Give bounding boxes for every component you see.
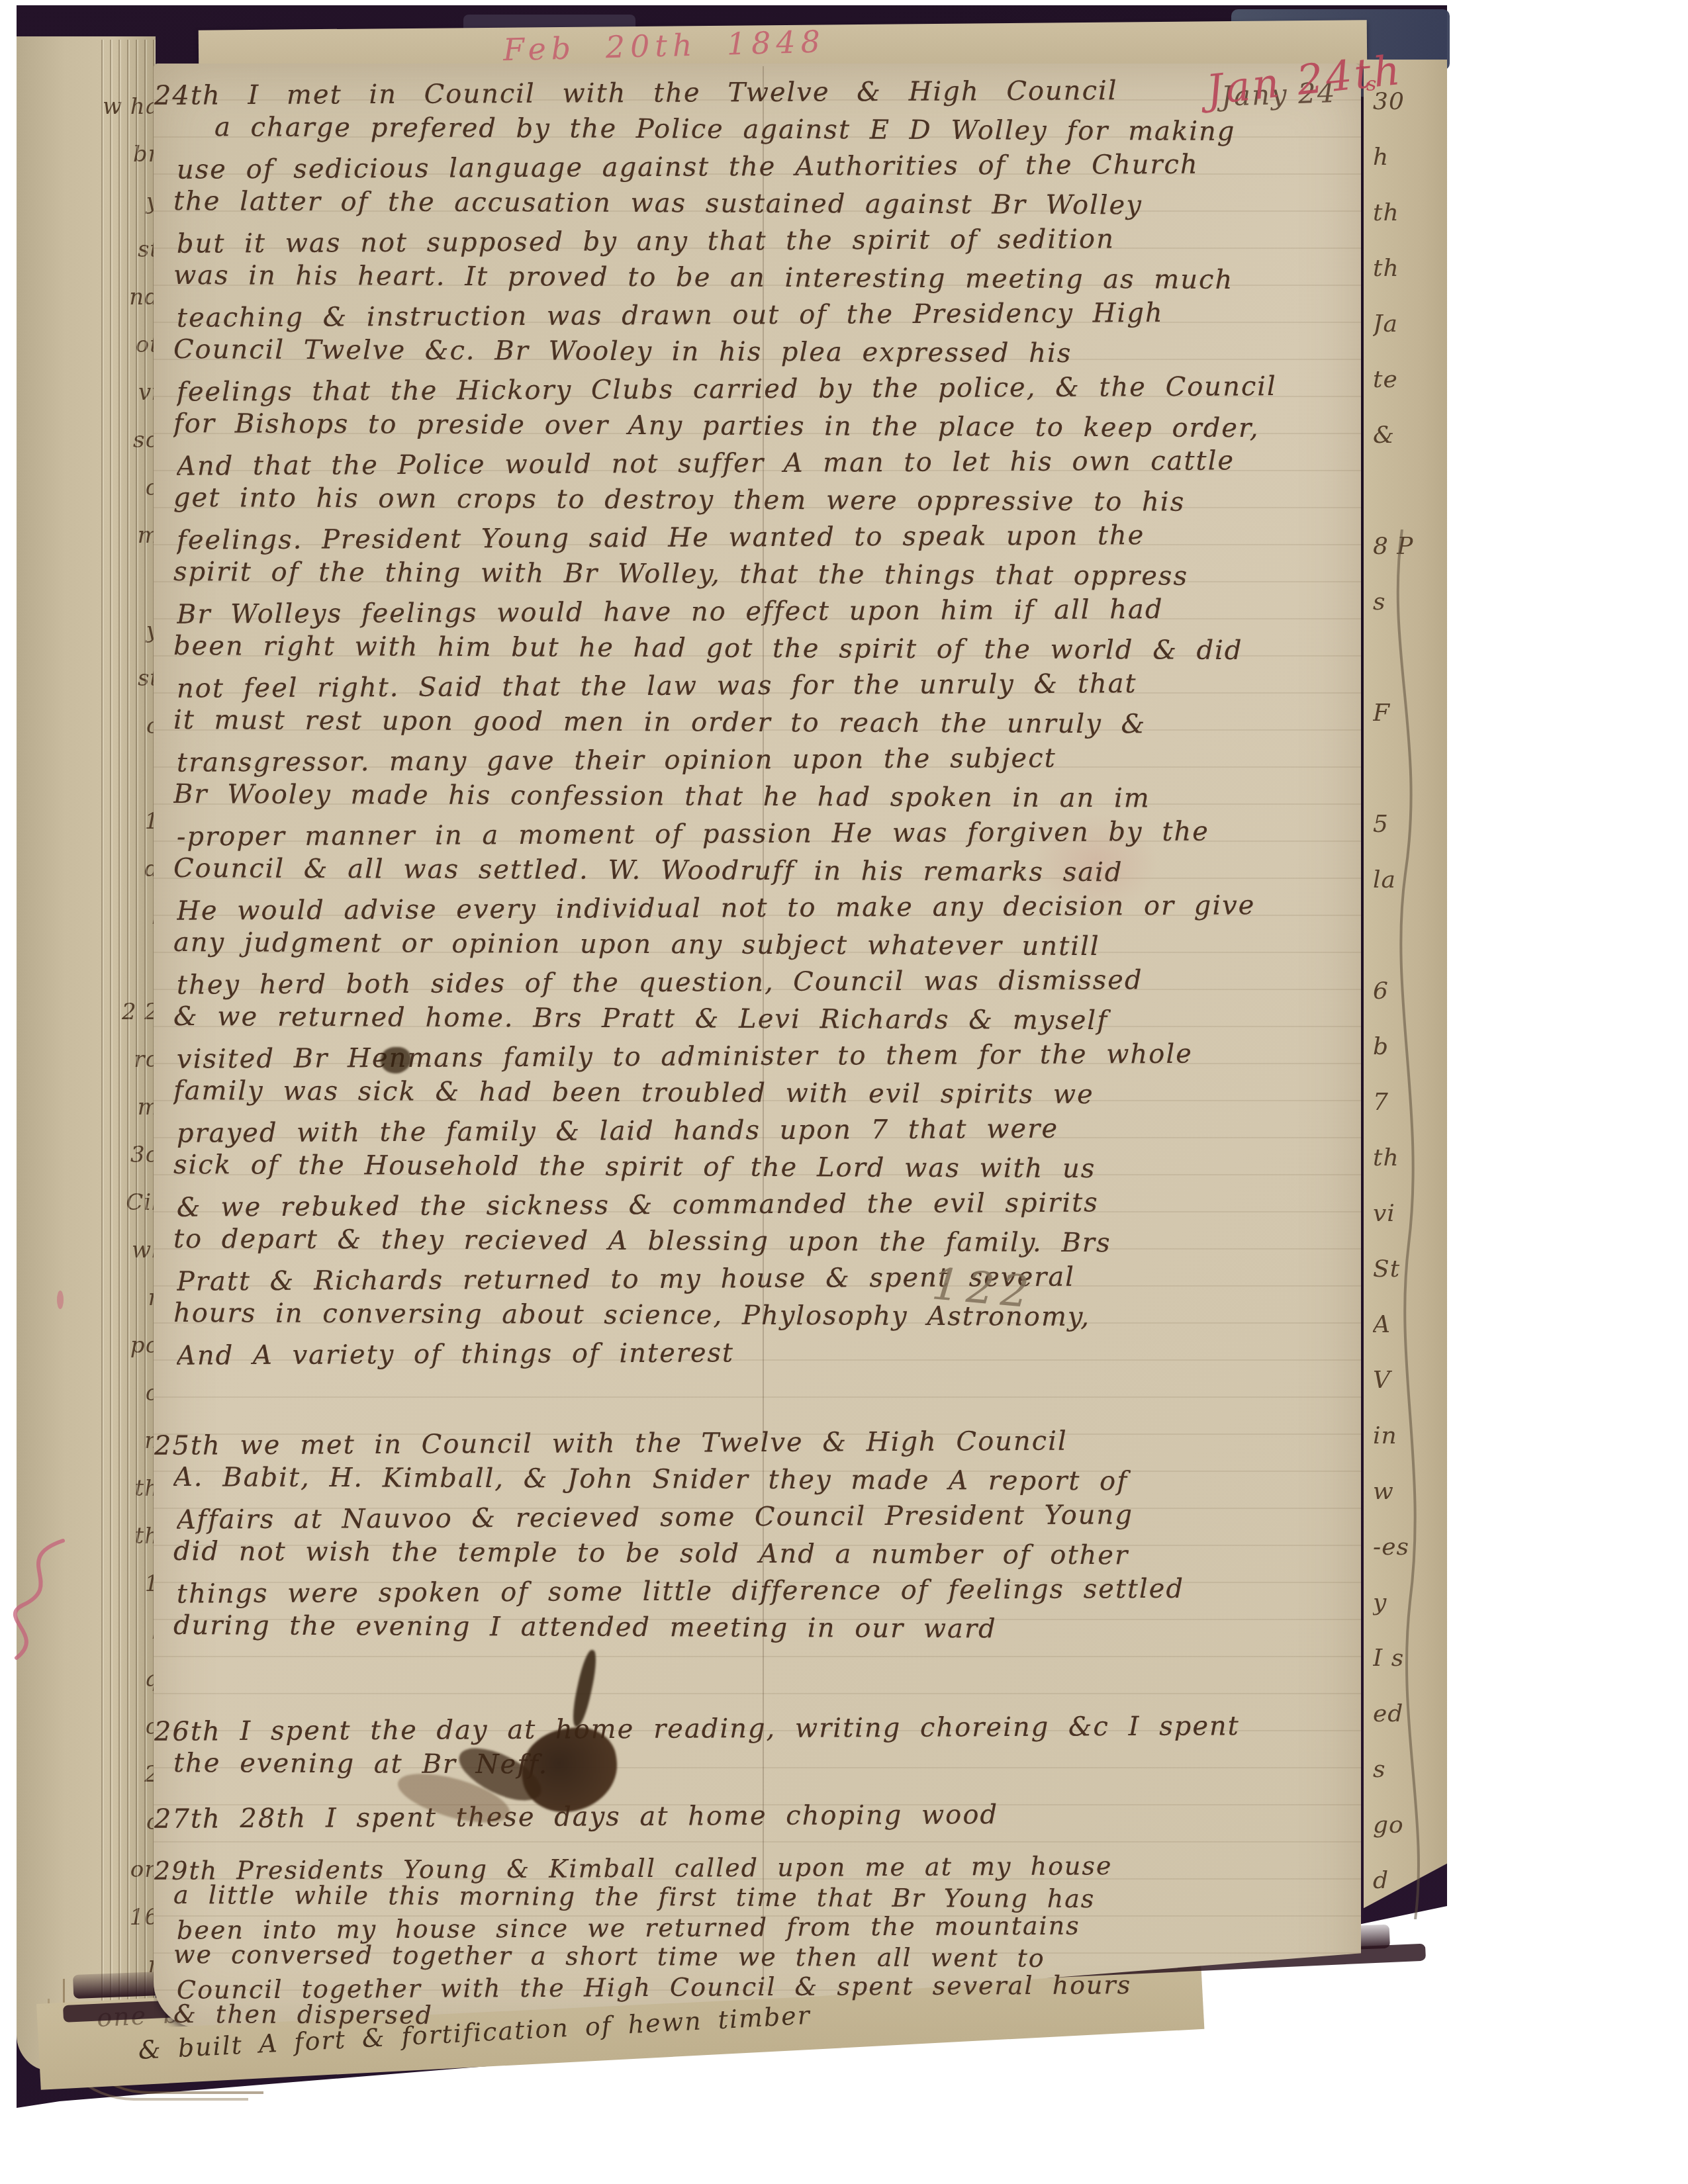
ink-blot bbox=[569, 1649, 600, 1728]
scanned-journal-page: w habrystndotvisoomystc1dl2 2rom3oCilwlr… bbox=[0, 0, 1688, 2184]
ink-blot bbox=[381, 1047, 411, 1073]
ink-blot bbox=[516, 1723, 623, 1818]
red-squiggle-mark bbox=[0, 1535, 73, 1668]
ink-blot-cluster bbox=[0, 0, 1688, 2184]
